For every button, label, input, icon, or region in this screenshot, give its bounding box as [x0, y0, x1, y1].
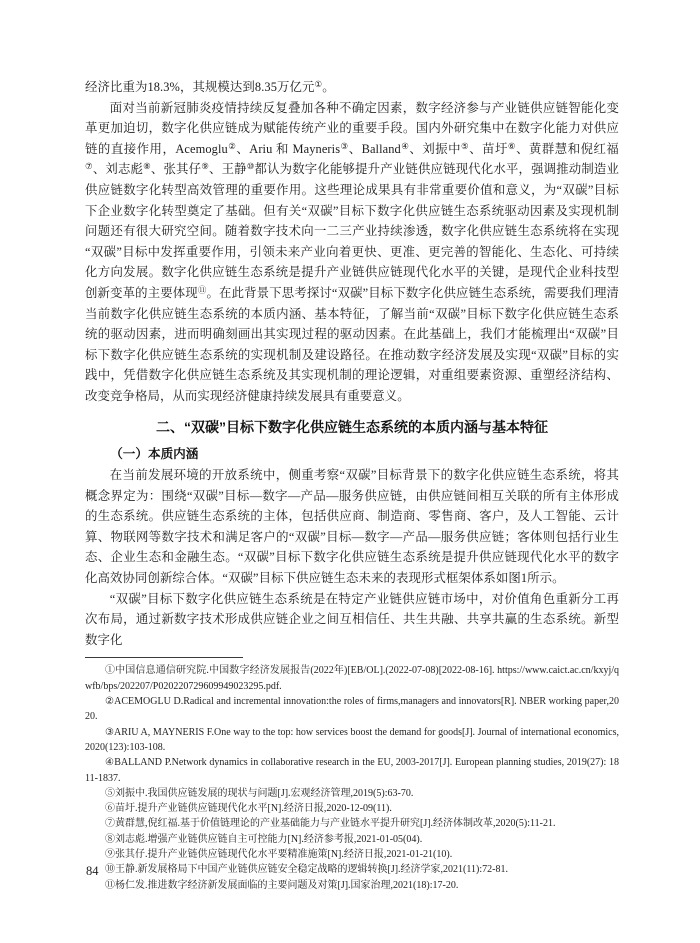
footnotes-block: ①中国信息通信研究院.中国数字经济发展报告(2022年)[EB/OL].(202…	[85, 657, 619, 892]
footnote-item: ⑤刘振中.我国供应链发展的现状与问题[J].宏观经济管理,2019(5):63-…	[85, 786, 619, 801]
continuation-paragraph: 经济比重为18.3%，其规模达到8.35万亿元①。	[85, 77, 619, 98]
footnote-item: ⑥苗圩.提升产业链供应链现代化水平[N].经济日报,2020-12-09(11)…	[85, 801, 619, 816]
page-content: 经济比重为18.3%，其规模达到8.35万亿元①。 面对当前新冠肺炎疫情持续反复…	[85, 77, 619, 893]
closing-paragraph: “双碳”目标下数字化供应链生态系统是在特定产业链供应链市场中，对价值角色重新分工…	[85, 589, 619, 651]
footnote-item: ②ACEMOGLU D.Radical and incremental inno…	[85, 694, 619, 725]
page-number: 84	[86, 864, 99, 879]
definition-paragraph: 在当前发展环境的开放系统中，侧重考察“双碳”目标背景下的数字化供应链生态系统，将…	[85, 465, 619, 589]
footnote-item: ①中国信息通信研究院.中国数字经济发展报告(2022年)[EB/OL].(202…	[85, 663, 619, 694]
footnote-item: ⑪杨仁发.推进数字经济新发展面临的主要问题及对策[J].国家治理,2021(18…	[85, 878, 619, 893]
footnote-item: ⑧刘志彪.增强产业链供应链自主可控能力[N].经济参考报,2021-01-05(…	[85, 832, 619, 847]
footnote-item: ⑦黄群慧,倪红福.基于价值链理论的产业基础能力与产业链水平提升研究[J].经济体…	[85, 816, 619, 831]
intro-paragraph: 面对当前新冠肺炎疫情持续反复叠加各种不确定因素，数字经济参与产业链供应链智能化变…	[85, 98, 619, 407]
section-heading: 二、“双碳”目标下数字化供应链生态系统的本质内涵与基本特征	[85, 417, 619, 437]
footnote-item: ⑨张其仔.提升产业链供应链现代化水平要精准施策[N].经济日报,2021-01-…	[85, 847, 619, 862]
subsection-heading: （一）本质内涵	[85, 444, 619, 465]
footnote-item: ④BALLAND P.Network dynamics in collabora…	[85, 755, 619, 786]
journal-page: 经济比重为18.3%，其规模达到8.35万亿元①。 面对当前新冠肺炎疫情持续反复…	[0, 0, 700, 943]
footnote-separator	[85, 657, 243, 658]
footnote-item: ⑩王静.新发展格局下中国产业链供应链安全稳定战略的逻辑转换[J].经济学家,20…	[85, 862, 619, 877]
footnote-item: ③ARIU A, MAYNERIS F.One way to the top: …	[85, 725, 619, 756]
